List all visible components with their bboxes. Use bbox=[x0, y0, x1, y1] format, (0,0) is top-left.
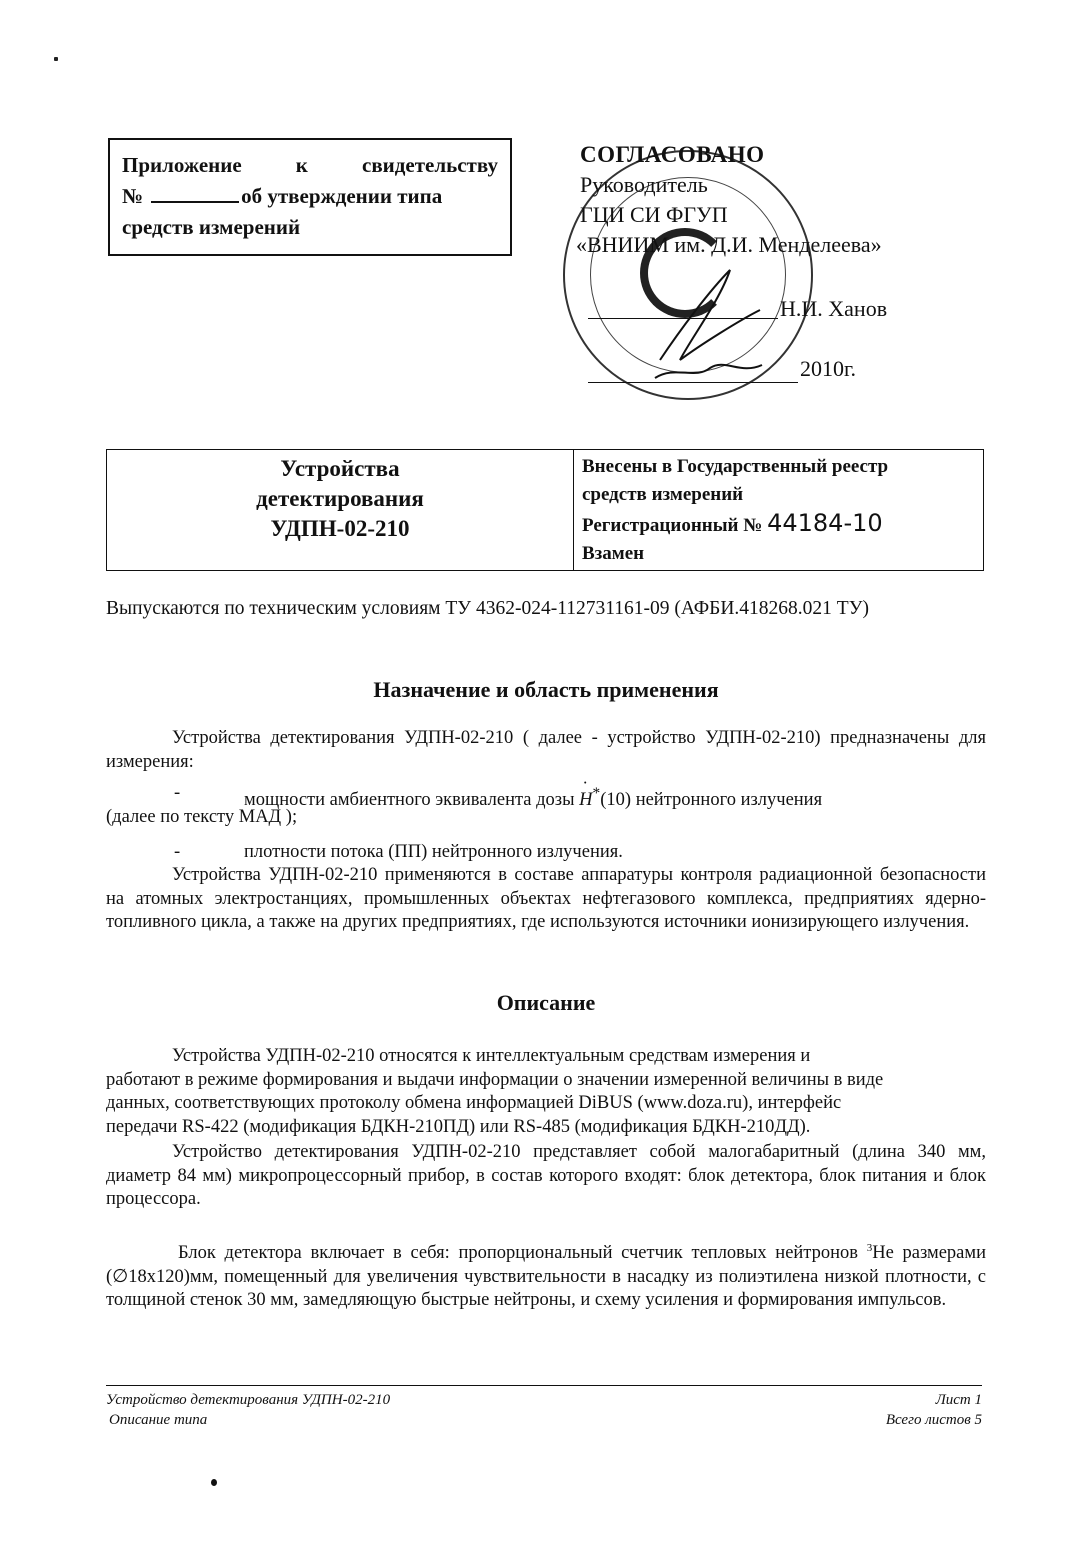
appendix-line1: Приложение к свидетельству bbox=[122, 150, 498, 181]
device-name-line: Устройства bbox=[107, 454, 573, 484]
purpose-paragraph-1-text: Устройства детектирования УДПН-02-210 ( … bbox=[106, 728, 986, 772]
technical-conditions-line: Выпускаются по техническим условиям ТУ 4… bbox=[106, 598, 986, 620]
register-info-cell: Внесены в Государственный реестр средств… bbox=[574, 450, 983, 570]
bullet-item-1-continuation: (далее по тексту МАД ); bbox=[106, 806, 297, 830]
appendix-word: свидетельству bbox=[362, 150, 498, 181]
footer-left: Устройство детектирования УДПН-02-210 Оп… bbox=[106, 1390, 390, 1430]
certificate-number-blank bbox=[151, 183, 239, 203]
bullet-item-1-text: мощности амбиентного эквивалента дозы H*… bbox=[244, 782, 822, 813]
description-paragraph-2-text: Устройство детектирования УДПН-02-210 пр… bbox=[106, 1142, 986, 1209]
appendix-word: Приложение bbox=[122, 150, 242, 181]
purpose-paragraph-1: Устройства детектирования УДПН-02-210 ( … bbox=[106, 727, 986, 774]
footer-rule bbox=[106, 1385, 982, 1386]
bullet-dash: - bbox=[174, 841, 180, 865]
register-line2: средств измерений bbox=[582, 481, 983, 509]
registration-number-row: Регистрационный № 44184-10 bbox=[582, 509, 983, 540]
description-paragraph-2: Устройство детектирования УДПН-02-210 пр… bbox=[106, 1141, 986, 1212]
footer-right: Лист 1 Всего листов 5 bbox=[886, 1390, 982, 1430]
section-title-purpose: Назначение и область применения bbox=[0, 677, 1092, 703]
replaces-label: Взамен bbox=[582, 540, 983, 568]
handwritten-signature-icon bbox=[650, 250, 770, 390]
footer-document-title: Устройство детектирования УДПН-02-210 bbox=[106, 1390, 390, 1410]
description-line: работают в режиме формирования и выдачи … bbox=[106, 1069, 996, 1093]
section-title-description: Описание bbox=[0, 990, 1092, 1016]
approval-block: СОГЛАСОВАНО Руководитель ГЦИ СИ ФГУП «ВН… bbox=[580, 140, 1000, 400]
purpose-paragraph-2-text: Устройства УДПН-02-210 применяются в сос… bbox=[106, 865, 986, 932]
approval-org1: ГЦИ СИ ФГУП bbox=[580, 200, 1000, 230]
scan-dot bbox=[211, 1479, 217, 1486]
approval-name: Н.И. Ханов bbox=[780, 294, 887, 324]
description-line: Устройства УДПН-02-210 относятся к интел… bbox=[106, 1045, 996, 1069]
footer-total-sheets: Всего листов 5 bbox=[886, 1410, 982, 1430]
approval-role: Руководитель bbox=[580, 170, 1000, 200]
device-name-line: УДПН-02-210 bbox=[107, 514, 573, 544]
registration-number: 44184-10 bbox=[767, 509, 883, 537]
bullet-dash: - bbox=[174, 782, 180, 806]
appendix-line2-text: об утверждении типа bbox=[241, 184, 442, 208]
h-dot-symbol: H bbox=[579, 790, 592, 810]
device-name-cell: Устройства детектирования УДПН-02-210 bbox=[107, 450, 574, 570]
description-paragraph-3: Блок детектора включает в себя: пропорци… bbox=[106, 1237, 986, 1313]
approval-year: 2010г. bbox=[800, 354, 856, 384]
description-paragraph-1: Устройства УДПН-02-210 относятся к интел… bbox=[106, 1045, 996, 1139]
bullet-item-2-text: плотности потока (ПП) нейтронного излуче… bbox=[244, 841, 623, 865]
number-sign: № bbox=[122, 184, 143, 208]
device-name-line: детектирования bbox=[107, 484, 573, 514]
approval-title: СОГЛАСОВАНО bbox=[580, 140, 1000, 170]
purpose-paragraph-2: Устройства УДПН-02-210 применяются в сос… bbox=[106, 864, 986, 935]
footer-document-type: Описание типа bbox=[106, 1410, 390, 1430]
register-line1: Внесены в Государственный реестр bbox=[582, 453, 983, 481]
scan-speck bbox=[54, 57, 58, 61]
description-line: передачи RS-422 (модификация БДКН-210ПД)… bbox=[106, 1116, 996, 1140]
appendix-line2: №об утверждении типа bbox=[122, 181, 498, 212]
appendix-line3: средств измерений bbox=[122, 212, 498, 243]
description-line: данных, соответствующих протоколу обмена… bbox=[106, 1092, 996, 1116]
appendix-box: Приложение к свидетельству №об утвержден… bbox=[108, 138, 512, 256]
register-table: Устройства детектирования УДПН-02-210 Вн… bbox=[106, 449, 984, 571]
approval-org2: «ВНИИМ им. Д.И. Менделеева» bbox=[576, 230, 1000, 260]
footer-sheet-number: Лист 1 bbox=[886, 1390, 982, 1410]
appendix-word: к bbox=[296, 150, 308, 181]
registration-label: Регистрационный № bbox=[582, 515, 762, 536]
bullet-text: (10) нейтронного излучения bbox=[600, 790, 822, 810]
description-paragraph-3-text: Блок детектора включает в себя: пропорци… bbox=[178, 1243, 867, 1263]
